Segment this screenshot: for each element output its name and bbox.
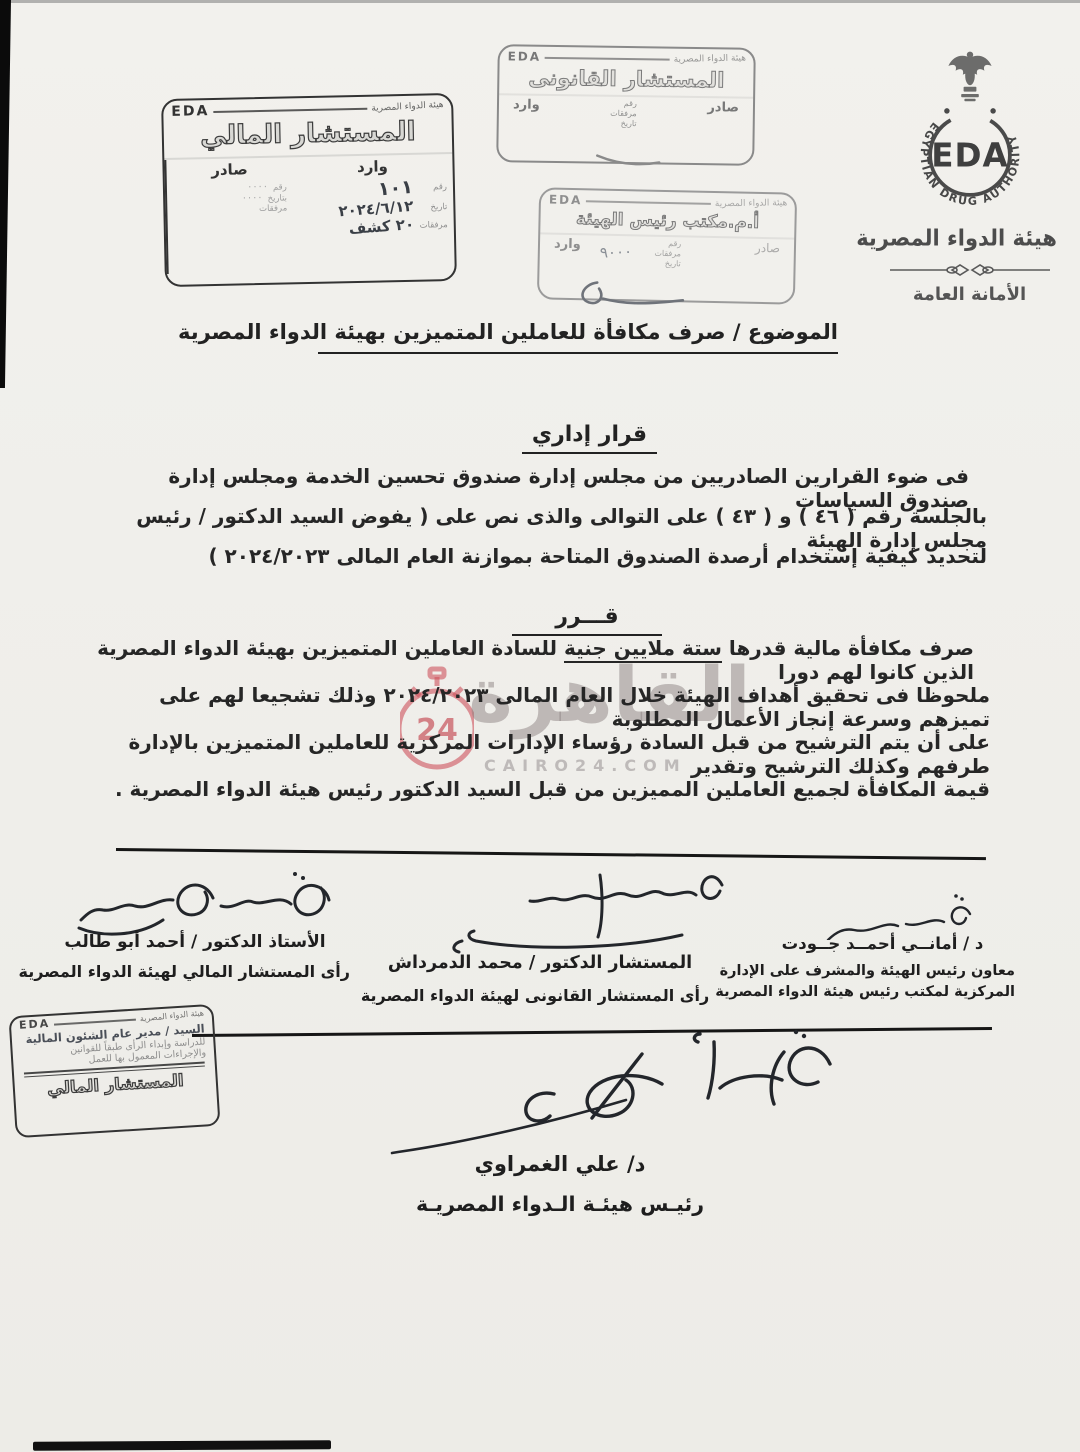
six-million-underlined: ستة ملايين جنية [564, 636, 722, 663]
eda-brand-text: EDA [19, 1017, 51, 1032]
office-stamp-signature-mark [569, 276, 690, 313]
eda-brand-text: EDA [508, 49, 542, 63]
scan-top-edge-artifact [0, 0, 1080, 3]
out-number-dots: ···· [248, 182, 269, 193]
stamp-routing-financial: EDA هيئة الدواء المصرية السيد / مدير عام… [8, 1004, 220, 1138]
out-date-label: بتاريخ [267, 193, 287, 203]
decree-heading: قـــرر [512, 604, 662, 636]
decision-heading: قرار إداري [522, 422, 657, 454]
eda-brand-text: EDA [549, 193, 583, 208]
eda-ring-logo: EDA EGYPTIAN DRUG AUTHORITY [907, 92, 1033, 218]
subject-line: الموضوع / صرف مكافأة للعاملين المتميزين … [318, 320, 838, 354]
date-label: تاريخ [654, 259, 681, 269]
legal-consultant-name: المستشار الدكتور / محمد الدمرداش [380, 953, 700, 973]
office-handwritten-note: ٩٠٠٠ [599, 242, 632, 262]
date-label: تاريخ [610, 119, 637, 128]
eda-brand-text: EDA [171, 103, 209, 120]
outgoing-label: صادر [707, 100, 739, 115]
legal-stamp-pen-mark [593, 150, 663, 173]
preamble-paragraph: فى ضوء القرارين الصادريين من مجلس إدارة … [95, 464, 987, 584]
mini-labels: رقم مرفقات تاريخ [610, 99, 637, 128]
assistant-role-line-1: معاون رئيس الهيئة والمشرف على الإدارة [745, 963, 1015, 979]
stamp-org-script: هيئة الدواء المصرية [371, 100, 444, 114]
preamble-line-1: فى ضوء القرارين الصادريين من مجلس إدارة … [95, 464, 987, 504]
financial-consultant-name: الأستاذ الدكتور / أحمد أبو طالب [40, 932, 350, 952]
stamp-header-line [213, 108, 367, 113]
preamble-line-3: لتحديد كيفية إستخدام أرصدة الصندوق المتا… [95, 544, 987, 584]
stamp-header-line [586, 200, 710, 205]
stamp-legal-title: المستشار القانونى [499, 63, 753, 99]
incoming-column: وارد رقم ١٠١ تاريخ ٢٠٢٤/٦/١٢ مرفقات ٢٠ ك… [292, 154, 455, 271]
stamp-legal-consultant: EDA هيئة الدواء المصرية المستشار القانون… [496, 44, 756, 166]
attachments-label: مرفقات [418, 220, 448, 231]
svg-text:EDA: EDA [931, 137, 1009, 175]
out-attachments-label: مرفقات [259, 203, 287, 214]
body-line-3: على أن يتم الترشيح من قبل السادة رؤساء ا… [92, 730, 990, 777]
body-line-1: صرف مكافأة مالية قدرها ستة ملايين جنية ل… [92, 636, 990, 683]
stamp-org-script: هيئة الدواء المصرية [673, 53, 746, 65]
financial-consultant-role: رأى المستشار المالي لهيئة الدواء المصرية [20, 962, 350, 981]
outgoing-label: صادر [755, 241, 780, 256]
stamp-legal-columns: صادر رقم مرفقات تاريخ وارد [499, 95, 753, 132]
stamp-financial-consultant: EDA هيئة الدواء المصرية المستشار المالي … [161, 93, 457, 287]
stamp-financial-columns: وارد رقم ١٠١ تاريخ ٢٠٢٤/٦/١٢ مرفقات ٢٠ ك… [164, 154, 454, 274]
stamp-financial-title: المستشار المالي [164, 114, 453, 160]
stamp-president-office: EDA هيئة الدواء المصرية أ.م.مكتب رئيس ال… [537, 187, 797, 304]
logo-secretariat-label: الأمانة العامة [882, 284, 1057, 305]
stamp-header-line [54, 1018, 136, 1025]
stamp-header-line [545, 57, 669, 61]
body-line-4: قيمة المكافأة لجميع العاملين المميزين من… [92, 777, 990, 824]
assistant-handwritten-signature [810, 890, 980, 940]
president-handwritten-signature [190, 1022, 850, 1170]
date-label: تاريخ [417, 202, 447, 213]
outgoing-label: صادر [166, 159, 292, 180]
incoming-label: وارد [513, 97, 540, 112]
president-name: د/ علي الغمراوي [430, 1152, 690, 1176]
assistant-name: د / أمانــي أحمــد جــودت [770, 934, 995, 953]
preamble-line-2: بالجلسة رقم ( ٤٦ ) و ( ٤٣ ) على التوالى … [95, 504, 987, 544]
incoming-label: وارد [292, 156, 452, 177]
mini-labels: رقم مرفقات تاريخ [654, 239, 681, 269]
president-title: رئيـس هيئـة الـدواء المصريـة [400, 1192, 720, 1216]
number-label: رقم [417, 182, 447, 193]
logo-org-calligraphy: هيئة الدواء المصرية [882, 225, 1057, 251]
number-label: رقم [655, 239, 682, 249]
outgoing-column: صادر رقم···· بتاريخ···· مرفقات [164, 157, 294, 274]
body-line-2: ملحوظا فى تحقيق أهداف الهيئة خلال العام … [92, 683, 990, 730]
assistant-role-line-2: المركزية لمكتب رئيس هيئة الدواء المصرية [740, 984, 1015, 1000]
scanned-document-page: 24 القاهرة CAIRO24.COM EDA هيئة الدواء ا… [0, 0, 1080, 1452]
out-number-label: رقم [273, 182, 287, 192]
attachments-label: مرفقات [610, 109, 637, 118]
attachments-label: مرفقات [654, 249, 681, 259]
number-label: رقم [610, 99, 637, 108]
eda-logo-block: EDA EGYPTIAN DRUG AUTHORITY هيئة الدواء … [882, 50, 1057, 322]
scan-bottom-edge-artifact [33, 1440, 331, 1451]
attachments-value: ٢٠ كشف [348, 215, 415, 238]
out-date-dots: ···· [243, 193, 264, 204]
incoming-label: وارد [554, 237, 581, 253]
legal-consultant-role: رأى المستشار القانونى لهيئة الدواء المصر… [360, 986, 710, 1005]
stamp-legal-header: EDA هيئة الدواء المصرية [500, 46, 754, 67]
legal-consultant-handwritten-signature [420, 855, 735, 963]
body-line-1-pre: صرف مكافأة مالية قدرها [722, 636, 974, 660]
decree-body-paragraph: صرف مكافأة مالية قدرها ستة ملايين جنية ل… [92, 636, 990, 824]
logo-divider-ornament [890, 262, 1050, 278]
scan-left-edge-artifact [0, 0, 11, 388]
stamp-office-columns: صادر رقم مرفقات تاريخ وارد [540, 234, 795, 272]
stamp-org-script: هيئة الدواء المصرية [715, 198, 787, 209]
